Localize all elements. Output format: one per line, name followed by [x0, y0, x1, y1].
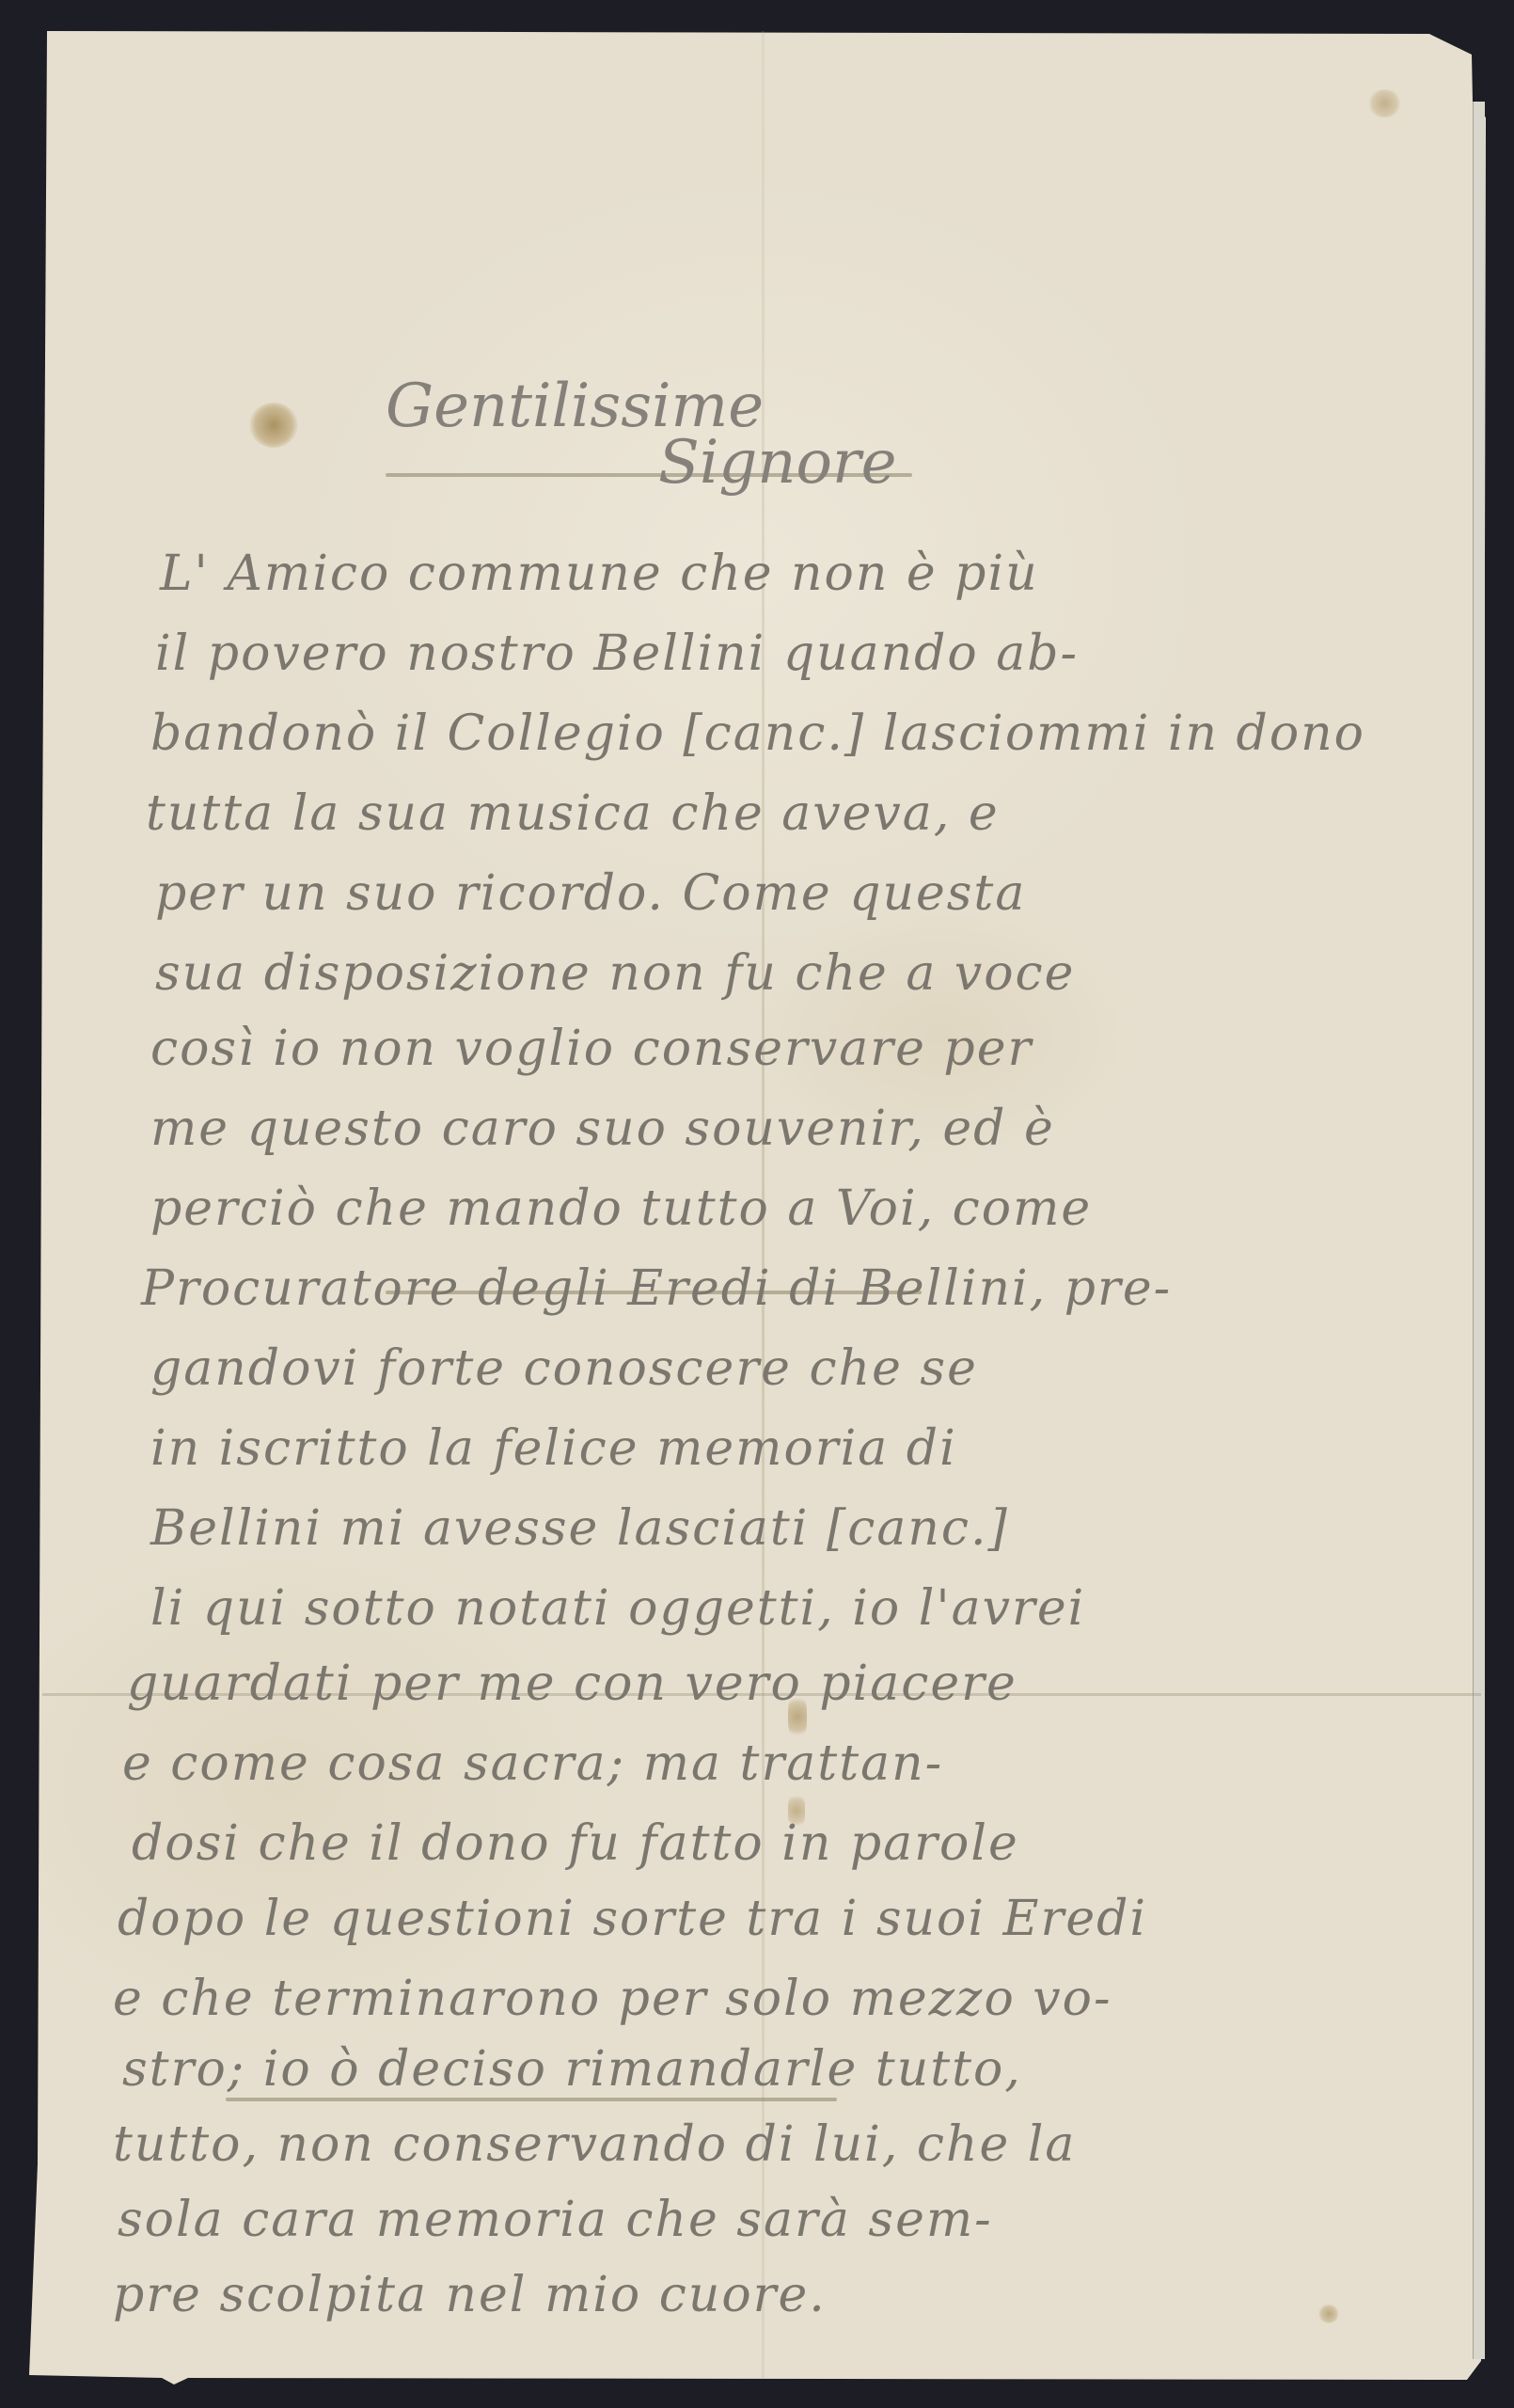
- letter-line: Bellini mi avesse lasciati [canc.]: [150, 1500, 1009, 1557]
- letter-line: dosi che il dono fu fatto in parole: [132, 1815, 1019, 1872]
- tear-line-bottom: [226, 2098, 837, 2101]
- salutation-line-2: Signore: [658, 428, 897, 498]
- letter-line: così io non voglio conservare per: [150, 1021, 1033, 1077]
- letter-line: Procuratore degli Eredi di Bellini, pre-: [141, 1260, 1172, 1317]
- letter-line: tutta la sua musica che aveva, e: [146, 785, 1000, 842]
- letter-line: me questo caro suo souvenir, ed è: [150, 1101, 1055, 1157]
- ink-stain: [1368, 89, 1401, 118]
- letter-line: in iscritto la felice memoria di: [150, 1420, 957, 1477]
- letter-line: sua disposizione non fu che a voce: [155, 945, 1075, 1002]
- letter-line: sola cara memoria che sarà sem-: [118, 2192, 993, 2248]
- ink-stain: [249, 403, 298, 448]
- letter-line: dopo le questioni sorte tra i suoi Eredi: [118, 1891, 1147, 1947]
- letter-line: pre scolpita nel mio cuore.: [113, 2267, 827, 2323]
- ink-stain: [1318, 2305, 1339, 2323]
- letter-line: tutto, non conservando di lui, che la: [113, 2116, 1076, 2173]
- letter-line: gandovi forte conoscere che se: [150, 1340, 978, 1397]
- letter-line: e che terminarono per solo mezzo vo-: [113, 1971, 1112, 2027]
- letter-line: stro; io ò deciso rimandarle tutto,: [122, 2041, 1022, 2098]
- letter-line: il povero nostro Bellini quando ab-: [155, 626, 1079, 682]
- letter-line: perciò che mando tutto a Voi, come: [150, 1180, 1092, 1237]
- letter-line: per un suo ricordo. Come questa: [155, 865, 1026, 922]
- letter-line: li qui sotto notati oggetti, io l'avrei: [150, 1580, 1085, 1637]
- letter-line: guardati per me con vero piacere: [127, 1655, 1017, 1712]
- letter-line: e come cosa sacra; ma trattan-: [122, 1735, 943, 1792]
- letter-line: L' Amico commune che non è più: [160, 546, 1039, 602]
- letter-line: bandonò il Collegio [canc.] lasciommi in…: [150, 705, 1365, 762]
- paper-edge-strip: [1473, 102, 1485, 2359]
